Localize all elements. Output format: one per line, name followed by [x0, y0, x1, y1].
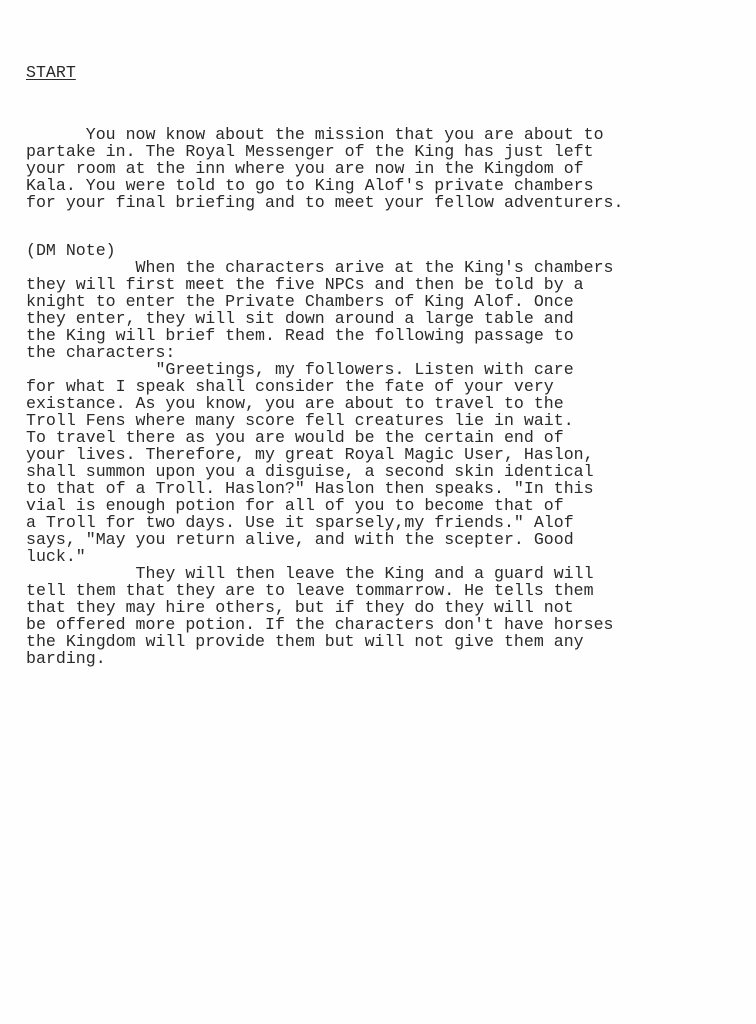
speech-line: for what I speak shall consider the fate…: [26, 378, 726, 395]
section-title: START: [26, 64, 726, 81]
closing-line: the Kingdom will provide them but will n…: [26, 633, 726, 650]
speech-line: says, "May you return alive, and with th…: [26, 531, 726, 548]
closing-line: that they may hire others, but if they d…: [26, 599, 726, 616]
dm-note-line: the characters:: [26, 344, 726, 361]
intro-line: for your final briefing and to meet your…: [26, 194, 726, 211]
speech-line: your lives. Therefore, my great Royal Ma…: [26, 446, 726, 463]
dm-note-line: knight to enter the Private Chambers of …: [26, 293, 726, 310]
speech-line: existance. As you know, you are about to…: [26, 395, 726, 412]
spacer: [26, 81, 726, 126]
speech-line: shall summon upon you a disguise, a seco…: [26, 463, 726, 480]
spacer: [26, 211, 726, 242]
closing-line: They will then leave the King and a guar…: [26, 565, 726, 582]
dm-note-label: (DM Note): [26, 242, 726, 259]
dm-note-line: they enter, they will sit down around a …: [26, 310, 726, 327]
intro-line: partake in. The Royal Messenger of the K…: [26, 143, 726, 160]
speech-line: vial is enough potion for all of you to …: [26, 497, 726, 514]
speech-line: luck.": [26, 548, 726, 565]
speech-line: Troll Fens where many score fell creatur…: [26, 412, 726, 429]
intro-paragraph: You now know about the mission that you …: [26, 126, 726, 211]
speech-line: "Greetings, my followers. Listen with ca…: [26, 361, 726, 378]
intro-line: your room at the inn where you are now i…: [26, 160, 726, 177]
king-speech: "Greetings, my followers. Listen with ca…: [26, 361, 726, 565]
intro-line: You now know about the mission that you …: [26, 126, 726, 143]
speech-line: a Troll for two days. Use it sparsely,my…: [26, 514, 726, 531]
speech-line: to that of a Troll. Haslon?" Haslon then…: [26, 480, 726, 497]
dm-note-section: (DM Note) When the characters arive at t…: [26, 242, 726, 361]
typewritten-page: START You now know about the mission tha…: [26, 64, 726, 667]
dm-note-line: the King will brief them. Read the follo…: [26, 327, 726, 344]
closing-line: tell them that they are to leave tommarr…: [26, 582, 726, 599]
closing-line: barding.: [26, 650, 726, 667]
closing-line: be offered more potion. If the character…: [26, 616, 726, 633]
dm-note-line: When the characters arive at the King's …: [26, 259, 726, 276]
intro-line: Kala. You were told to go to King Alof's…: [26, 177, 726, 194]
speech-line: To travel there as you are would be the …: [26, 429, 726, 446]
closing-paragraph: They will then leave the King and a guar…: [26, 565, 726, 667]
dm-note-line: they will first meet the five NPCs and t…: [26, 276, 726, 293]
